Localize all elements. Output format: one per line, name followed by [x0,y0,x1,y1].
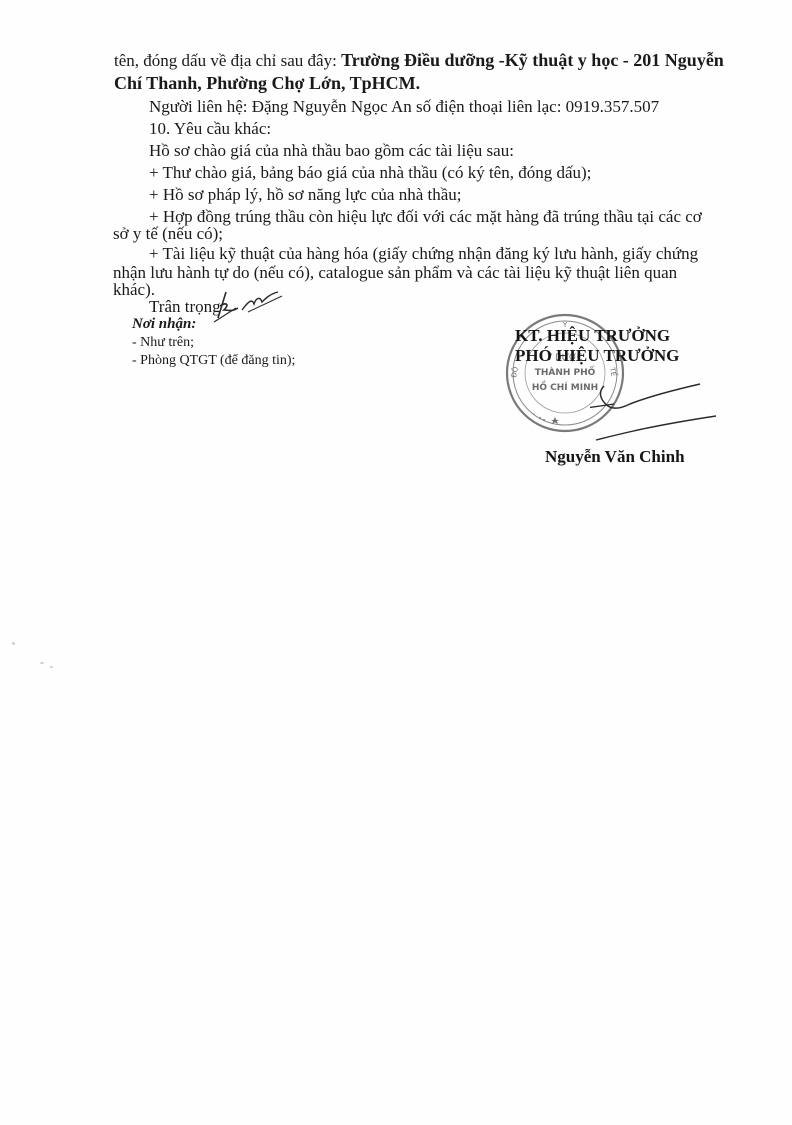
address-line-2: Chí Thanh, Phường Chợ Lớn, TpHCM. [114,73,420,93]
scan-speck [12,642,15,645]
initials-signature-icon [212,288,287,328]
address-line-1: tên, đóng dấu về địa chỉ sau đây: Trường… [114,50,726,71]
document-page: tên, đóng dấu về địa chỉ sau đây: Trường… [0,0,792,1125]
requirements-intro: Hồ sơ chào giá của nhà thầu bao gồm các … [149,141,514,161]
contact-line: Người liên hệ: Đặng Nguyễn Ngọc An số đi… [149,97,659,117]
scan-speck [40,662,44,664]
requirement-item: + Thư chào giá, bảng báo giá của nhà thầ… [149,163,591,183]
address-bold: Trường Điều dưỡng -Kỹ thuật y học - 201 … [341,50,724,70]
closing-text: Trân trọng [149,297,221,317]
requirement-item: + Tài liệu kỹ thuật của hàng hóa (giấy c… [149,244,698,264]
signature-title-1: KT. HIỆU TRƯỞNG [515,326,670,346]
requirement-item: + Hồ sơ pháp lý, hồ sơ năng lực của nhà … [149,185,462,205]
scan-speck [50,666,53,668]
requirement-item-cont: sở y tế (nếu có); [113,224,223,244]
recipient-item: - Phòng QTGT (để đăng tin); [132,352,295,369]
requirement-item-cont: nhận lưu hành tự do (nếu có), catalogue … [113,263,677,283]
handwritten-signature-icon [590,382,720,442]
stamp-line-2: THÀNH PHỐ [535,365,596,378]
stamp-right-char: TẾ [608,366,620,378]
recipients-title: Nơi nhận: [132,316,196,333]
section-10-title: 10. Yêu cầu khác: [149,119,271,139]
stamp-left-char: ĐÔ [509,366,520,379]
requirement-item: + Hợp đồng trúng thầu còn hiệu lực đối v… [149,207,702,227]
stamp-line-3: HỒ CHÍ MINH [532,380,598,393]
signer-name: Nguyễn Văn Chinh [545,447,685,467]
address-intro: tên, đóng dấu về địa chỉ sau đây: [114,51,341,70]
signature-title-2: PHÓ HIỆU TRƯỞNG [515,346,679,366]
recipient-item: - Như trên; [132,334,194,351]
